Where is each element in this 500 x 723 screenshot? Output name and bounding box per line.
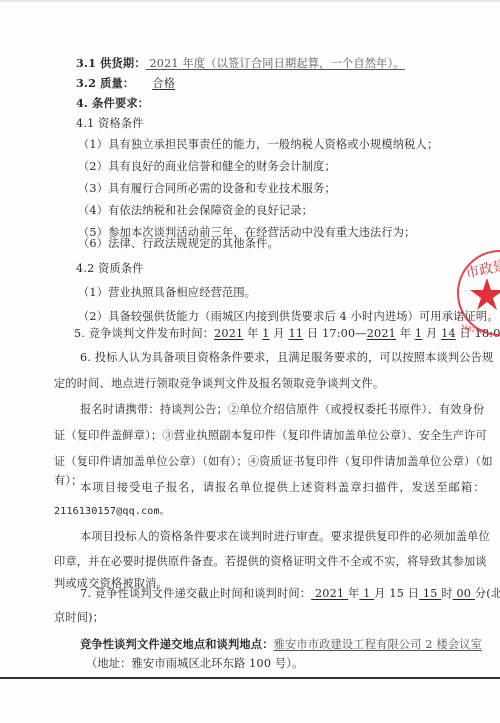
end-year: 2021 <box>367 327 396 340</box>
email-line: 本项目接受电子报名，请报名单位提供上述资料盖章扫描件，发送至邮箱： <box>80 481 486 495</box>
bring-docs-line: 证（复印件请加盖单位公章）（如有）；④资质证书复印件（复印件请加盖单位公章）（如 <box>54 455 493 469</box>
deadline-hour: 15 <box>419 587 441 600</box>
unit-day: 日 <box>303 327 322 340</box>
unit-year: 年 <box>243 327 262 340</box>
section6-line: 定的时间、地点进行领取竞争谈判文件及报名领取竞争谈判文件。 <box>54 377 384 391</box>
unit-month: 月 <box>422 327 441 340</box>
unit-year: 年 <box>348 587 359 600</box>
start-time: 17:00— <box>322 327 367 340</box>
review-line: 印章，并在必要时提供原件备查。若提供的资格证明文件不全或不实，将导致其参加谈 <box>54 555 487 569</box>
qualification-item: （4）有依法纳税和社会保障资金的良好记录； <box>78 204 313 218</box>
location-value: 雅安市市政建设工程有限公司 2 楼会议室 <box>274 638 482 651</box>
address-line: （地址：雅安市雨城区北环东路 100 号）。 <box>86 657 303 671</box>
supply-period-row: 3.1 供货期： 2021 年度（以签订合同日期起算，一个自然年）。 <box>76 56 405 71</box>
end-day: 14 <box>441 327 456 340</box>
unit-month-day: 月 15 日 <box>374 587 419 600</box>
qualification-item: （3）具有履行合同所必需的设备和专业技术服务； <box>78 182 336 196</box>
unit-year: 年 <box>396 327 415 340</box>
location-label: 竞争性谈判文件递交地点和谈判地点： <box>80 637 274 651</box>
email-address: 2116130157@qq.com。 <box>54 505 170 519</box>
bring-docs-line: 报名时请携带：持谈判公告；②单位介绍信原件（或授权委托书原件）、有效身份 <box>80 403 484 417</box>
deadline-month: 1 <box>359 587 374 600</box>
unit-hour: 时 <box>441 587 452 600</box>
svg-text:市政建: 市政建 <box>464 257 500 282</box>
quality-value: 合格 <box>152 77 175 90</box>
section4-1-title: 4.1 资格条件 <box>76 117 144 131</box>
company-seal-icon: 市政建 5602747 <box>455 248 500 338</box>
location-row: 竞争性谈判文件递交地点和谈判地点：雅安市市政建设工程有限公司 2 楼会议室 <box>80 637 482 652</box>
supply-period-value: 2021 年度（以签订合同日期起算，一个自然年）。 <box>146 57 405 70</box>
deadline-minute: 00 <box>453 587 475 600</box>
horizontal-rule <box>0 677 500 679</box>
section5-label: 5. 竞争谈判文件发布时间： <box>74 327 214 340</box>
start-day: 11 <box>289 327 304 340</box>
unit-minute: 分(北 <box>475 587 500 600</box>
section4-title: 4. 条件要求： <box>76 96 149 110</box>
aptitude-item: （2）具备较强供货能力（雨城区内接到供货要求后 4 小时内进场）可用承诺证明。 <box>78 310 499 324</box>
qualification-item: （6）法律、行政法规规定的其他条件。 <box>78 237 279 251</box>
quality-row: 3.2 质量：合格 <box>76 76 175 91</box>
section5-row: 5. 竞争谈判文件发布时间：2021 年 1 月 11 日 17:00—2021… <box>74 327 500 341</box>
start-month: 1 <box>262 327 269 340</box>
svg-text:5602747: 5602747 <box>460 324 487 337</box>
section7-label: 7. 竞争性谈判文件递交截止时间和谈判时间： <box>80 587 311 600</box>
aptitude-item: （1）营业执照具备相应经营范围。 <box>78 286 256 300</box>
section4-2-title: 4.2 资质条件 <box>76 262 144 276</box>
unit-month: 月 <box>270 327 289 340</box>
deadline-year: 2021 <box>311 587 348 600</box>
qualification-item: （2）具有良好的商业信誉和健全的财务会计制度； <box>78 160 336 174</box>
section7-line2: 京时间)； <box>54 611 104 625</box>
section6-line: 6. 投标人认为具备项目资格条件要求，且满足服务要求的，可以按照本谈判公告规 <box>80 351 493 365</box>
page-top-edge <box>0 0 500 2</box>
start-year: 2021 <box>214 327 243 340</box>
quality-label: 3.2 质量： <box>76 76 134 90</box>
bring-docs-line: 证（复印件盖鲜章）；③营业执照副本复印件（复印件请加盖单位公章）、安全生产许可 <box>54 429 487 443</box>
review-line: 本项目投标人的资格条件要求在谈判时进行审查。要求提供复印件的必须加盖单位 <box>80 530 490 544</box>
section7-row: 7. 竞争性谈判文件递交截止时间和谈判时间： 2021 年 1 月 15 日 1… <box>80 587 500 601</box>
qualification-item: （1）具有独立承担民事责任的能力，一般纳税人资格或小规模纳税人； <box>78 138 438 152</box>
supply-period-label: 3.1 供货期： <box>76 56 146 70</box>
bring-docs-line: 有）； <box>54 474 83 488</box>
